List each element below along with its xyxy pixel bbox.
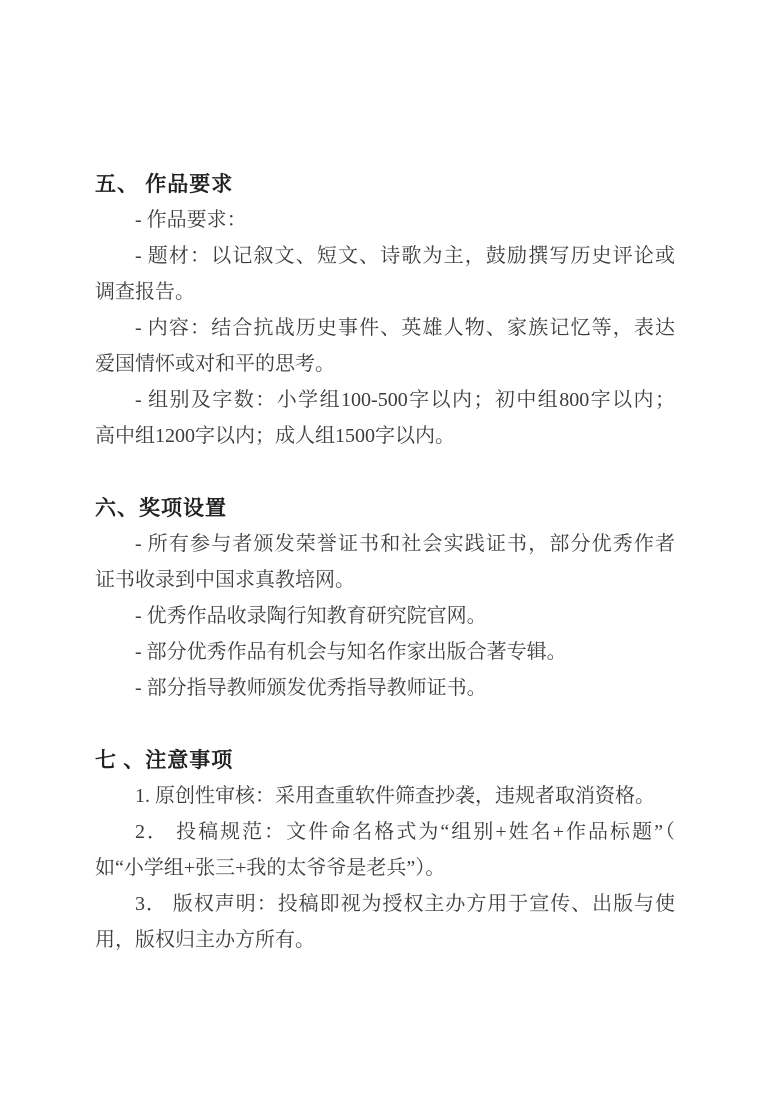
paragraph: 3． 版权声明：投稿即视为授权主办方用于宣传、出版与使用，版权归主办方所有。 xyxy=(95,886,675,958)
document-page: 五、 作品要求- 作品要求：- 题材：以记叙文、短文、诗歌为主，鼓励撰写历史评论… xyxy=(0,0,778,1100)
text-line: - 组别及字数：小学组100-500字以内；初中组800字以内； xyxy=(95,382,675,418)
text-line: 用，版权归主办方所有。 xyxy=(95,922,675,958)
section-heading: 六、奖项设置 xyxy=(95,490,675,526)
paragraph: - 内容：结合抗战历史事件、英雄人物、家族记忆等，表达爱国情怀或对和平的思考。 xyxy=(95,310,675,382)
text-line: 爱国情怀或对和平的思考。 xyxy=(95,346,675,382)
section-heading: 五、 作品要求 xyxy=(95,166,675,202)
section: 六、奖项设置- 所有参与者颁发荣誉证书和社会实践证书，部分优秀作者证书收录到中国… xyxy=(95,490,675,706)
paragraph: - 部分优秀作品有机会与知名作家出版合著专辑。 xyxy=(95,634,675,670)
paragraph: - 部分指导教师颁发优秀指导教师证书。 xyxy=(95,670,675,706)
text-line: - 部分优秀作品有机会与知名作家出版合著专辑。 xyxy=(95,634,675,670)
text-line: - 所有参与者颁发荣誉证书和社会实践证书，部分优秀作者 xyxy=(95,526,675,562)
text-line: 2． 投稿规范：文件命名格式为“组别+姓名+作品标题”（ xyxy=(95,814,675,850)
text-line: - 作品要求： xyxy=(95,202,675,238)
text-line: - 优秀作品收录陶行知教育研究院官网。 xyxy=(95,598,675,634)
document-content: 五、 作品要求- 作品要求：- 题材：以记叙文、短文、诗歌为主，鼓励撰写历史评论… xyxy=(95,166,675,958)
text-line: - 题材：以记叙文、短文、诗歌为主，鼓励撰写历史评论或 xyxy=(95,238,675,274)
paragraph: - 所有参与者颁发荣誉证书和社会实践证书，部分优秀作者证书收录到中国求真教培网。 xyxy=(95,526,675,598)
text-line: 1. 原创性审核：采用查重软件筛查抄袭，违规者取消资格。 xyxy=(95,778,675,814)
text-line: 3． 版权声明：投稿即视为授权主办方用于宣传、出版与使 xyxy=(95,886,675,922)
text-line: - 内容：结合抗战历史事件、英雄人物、家族记忆等，表达 xyxy=(95,310,675,346)
text-line: 高中组1200字以内；成人组1500字以内。 xyxy=(95,418,675,454)
paragraph: 1. 原创性审核：采用查重软件筛查抄袭，违规者取消资格。 xyxy=(95,778,675,814)
paragraph: 2． 投稿规范：文件命名格式为“组别+姓名+作品标题”（如“小学组+张三+我的太… xyxy=(95,814,675,886)
paragraph: - 作品要求： xyxy=(95,202,675,238)
text-line: 如“小学组+张三+我的太爷爷是老兵”）。 xyxy=(95,850,675,886)
text-line: - 部分指导教师颁发优秀指导教师证书。 xyxy=(95,670,675,706)
paragraph: - 组别及字数：小学组100-500字以内；初中组800字以内；高中组1200字… xyxy=(95,382,675,454)
paragraph: - 题材：以记叙文、短文、诗歌为主，鼓励撰写历史评论或调查报告。 xyxy=(95,238,675,310)
text-line: 证书收录到中国求真教培网。 xyxy=(95,562,675,598)
section: 七 、注意事项1. 原创性审核：采用查重软件筛查抄袭，违规者取消资格。2． 投稿… xyxy=(95,742,675,958)
paragraph: - 优秀作品收录陶行知教育研究院官网。 xyxy=(95,598,675,634)
text-line: 调查报告。 xyxy=(95,274,675,310)
section: 五、 作品要求- 作品要求：- 题材：以记叙文、短文、诗歌为主，鼓励撰写历史评论… xyxy=(95,166,675,454)
section-heading: 七 、注意事项 xyxy=(95,742,675,778)
